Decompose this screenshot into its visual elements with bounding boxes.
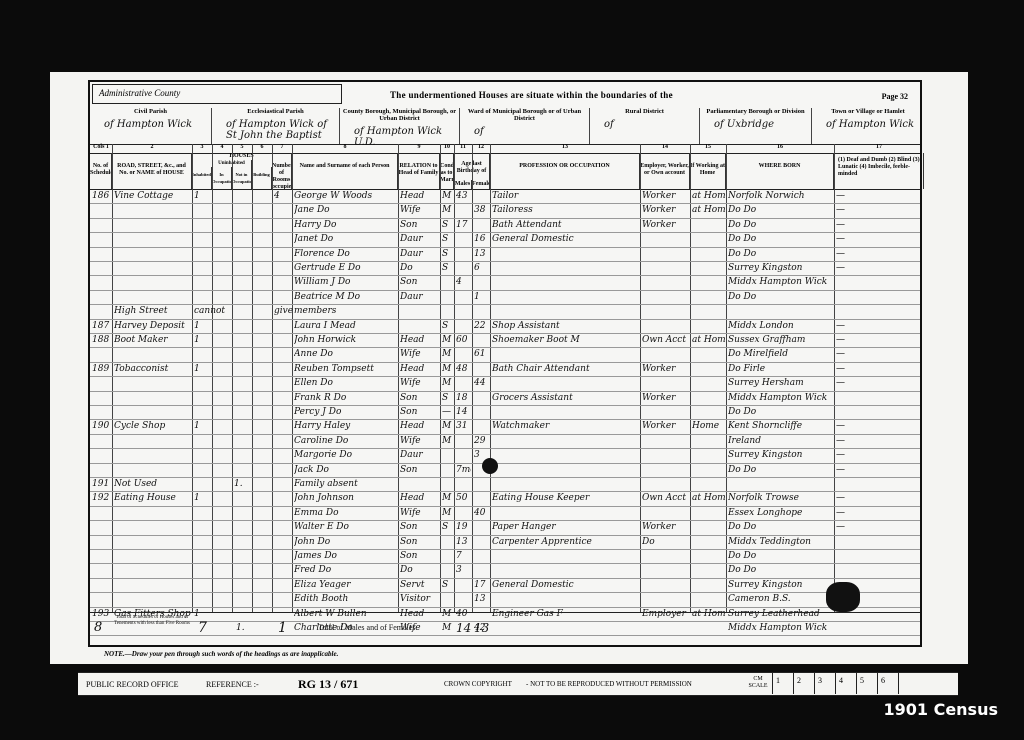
- column-number: 11: [454, 144, 472, 150]
- cell-inf: —: [836, 232, 923, 246]
- column-number: 5: [232, 144, 252, 150]
- cell-born: Surrey Kingston: [728, 261, 833, 275]
- cell-name: John Do: [294, 535, 397, 549]
- cell-cond: M: [442, 434, 453, 448]
- table-row: Percy J DoSon—14Do Do: [90, 405, 920, 420]
- cell-rel: Son: [400, 520, 439, 534]
- column-heading-cond: Condition as to Marriage: [440, 153, 454, 189]
- cell-home: at Home: [692, 203, 725, 217]
- cell-m: 13: [456, 535, 471, 549]
- table-row: 186Vine Cottage14George W WoodsHeadM43Ta…: [90, 189, 920, 204]
- cell-name: Percy J Do: [294, 405, 397, 419]
- cell-sched: 189: [92, 362, 111, 376]
- cell-occ: Tailor: [492, 189, 639, 203]
- total-schedules-mark: 8: [94, 621, 110, 635]
- cell-home: at Home: [692, 333, 725, 347]
- cell-inf: —: [836, 434, 923, 448]
- cell-born: Do Do: [728, 463, 833, 477]
- table-row: 189Tobacconist1Reuben TompsettHeadM48Bat…: [90, 362, 920, 377]
- cell-emp: Worker: [642, 391, 689, 405]
- cell-unocc: 1.: [234, 477, 251, 491]
- total-females: 13: [474, 621, 490, 635]
- cell-name: Harry Do: [294, 218, 397, 232]
- office-label: PUBLIC RECORD OFFICE: [86, 680, 178, 689]
- cell-rel: Do: [400, 563, 439, 577]
- cell-born: Norfolk Norwich: [728, 189, 833, 203]
- reference-number: RG 13 / 671: [298, 677, 358, 692]
- totals-row: 8Total of Schedules of Houses and of Ten…: [90, 612, 920, 645]
- cell-m: 7mo: [456, 463, 471, 477]
- table-row: 192Eating House1John JohnsonHeadM50Eatin…: [90, 491, 920, 506]
- cell-road: Harvey Deposit: [114, 319, 191, 333]
- cell-name: Margorie Do: [294, 448, 397, 462]
- cell-rel: Daur: [400, 290, 439, 304]
- cell-road: Cycle Shop: [114, 419, 191, 433]
- column-number: 17: [834, 144, 924, 150]
- table-row: Florence DoDaurS13Do Do—: [90, 247, 920, 262]
- district-value: of Hampton Wick: [812, 119, 924, 130]
- cell-name: Walter E Do: [294, 520, 397, 534]
- cell-cond: M: [442, 347, 453, 361]
- table-row: Jack DoSon7moDo Do—: [90, 463, 920, 478]
- cell-inf: —: [836, 448, 923, 462]
- cell-inh: 1: [194, 362, 211, 376]
- census-sheet: Administrative County The undermentioned…: [88, 80, 922, 647]
- cell-born: Do Do: [728, 203, 833, 217]
- cell-rel: Son: [400, 275, 439, 289]
- cell-cond: —: [442, 405, 453, 419]
- column-heading-f: Females: [472, 180, 490, 189]
- cell-f: 16: [474, 232, 489, 246]
- cell-cond: M: [442, 189, 453, 203]
- cell-name: Gertrude E Do: [294, 261, 397, 275]
- cell-home: Home: [692, 419, 725, 433]
- cell-rel: Son: [400, 535, 439, 549]
- cell-occ: Shoemaker Boot M: [492, 333, 639, 347]
- cell-rel: Wife: [400, 203, 439, 217]
- cell-inf: —: [836, 491, 923, 505]
- cell-f: 13: [474, 592, 489, 606]
- permission-label: - NOT TO BE REPRODUCED WITHOUT PERMISSIO…: [526, 680, 692, 688]
- cell-emp: Worker: [642, 362, 689, 376]
- cell-sched: 187: [92, 319, 111, 333]
- district-field: Ward of Municipal Borough or of Urban Di…: [460, 108, 590, 144]
- cell-name: Janet Do: [294, 232, 397, 246]
- cell-f: 6: [474, 261, 489, 275]
- total-schedules-label: Total of Schedules of Houses and of Tene…: [114, 615, 190, 627]
- cell-rel: Son: [400, 391, 439, 405]
- cell-rel: Do: [400, 261, 439, 275]
- cell-name: Anne Do: [294, 347, 397, 361]
- district-field: Parliamentary Borough or Divisionof Uxbr…: [700, 108, 812, 144]
- district-value: of Hampton Wick of St John the Baptist: [212, 119, 339, 141]
- cell-cond: S: [442, 247, 453, 261]
- cell-m: 4: [456, 275, 471, 289]
- cell-name: Beatrice M Do: [294, 290, 397, 304]
- admin-county-label: Administrative County: [99, 88, 180, 98]
- cell-name: Caroline Do: [294, 434, 397, 448]
- column-heading-home: If Working at Home: [690, 153, 726, 189]
- cell-rel: Wife: [400, 434, 439, 448]
- table-row: Edith BoothVisitor13Cameron B.S.: [90, 592, 920, 607]
- cell-m: 43: [456, 189, 471, 203]
- cell-rel: Son: [400, 405, 439, 419]
- cell-m: 31: [456, 419, 471, 433]
- column-heading-occ: PROFESSION OR OCCUPATION: [490, 153, 640, 189]
- cell-name: George W Woods: [294, 189, 397, 203]
- cell-inf: —: [836, 218, 923, 232]
- total-males: 14: [456, 621, 472, 635]
- table-row: 191Not Used1.Family absent: [90, 477, 920, 492]
- cell-m: 60: [456, 333, 471, 347]
- cell-inf: —: [836, 333, 923, 347]
- cell-name: Jack Do: [294, 463, 397, 477]
- cell-born: Do Do: [728, 520, 833, 534]
- cell-emp: Own Acct: [642, 333, 689, 347]
- district-value: of: [460, 126, 589, 137]
- district-value: of: [590, 119, 699, 130]
- table-row: 187Harvey Deposit1Laura I MeadS22Shop As…: [90, 319, 920, 334]
- cell-m: 7: [456, 549, 471, 563]
- cell-road: High Street: [114, 304, 191, 318]
- cell-cond: M: [442, 376, 453, 390]
- cell-cond: M: [442, 506, 453, 520]
- table-row: Frank R DoSonS18Grocers AssistantWorkerM…: [90, 391, 920, 406]
- cell-name: Edith Booth: [294, 592, 397, 606]
- note-text: NOTE.—Draw your pen through such words o…: [104, 650, 338, 658]
- scale-mark: 3: [814, 673, 835, 694]
- table-row: Janet DoDaurS16General DomesticDo Do—: [90, 232, 920, 247]
- cell-born: Middx London: [728, 319, 833, 333]
- column-heading-name: Name and Surname of each Person: [292, 153, 398, 189]
- column-number: 16: [726, 144, 834, 150]
- cell-born: Do Do: [728, 290, 833, 304]
- cell-born: Norfolk Trowse: [728, 491, 833, 505]
- cell-born: Do Mirelfield: [728, 347, 833, 361]
- table-row: William J DoSon4Middx Hampton Wick: [90, 275, 920, 290]
- cell-occ: Tailoress: [492, 203, 639, 217]
- cell-f: 22: [474, 319, 489, 333]
- cell-born: Do Do: [728, 405, 833, 419]
- cell-inf: —: [836, 203, 923, 217]
- cell-occ: Shop Assistant: [492, 319, 639, 333]
- cell-inf: —: [836, 520, 923, 534]
- cell-inf: —: [836, 463, 923, 477]
- cell-occ: Watchmaker: [492, 419, 639, 433]
- cell-inh: 1: [194, 189, 211, 203]
- column-heading-sched: No. of Schedule: [90, 153, 112, 189]
- cell-born: Middx Hampton Wick: [728, 275, 833, 289]
- cell-born: Sussex Graffham: [728, 333, 833, 347]
- cell-name: Family absent: [294, 477, 397, 491]
- cell-f: 13: [474, 247, 489, 261]
- cell-occ: General Domestic: [492, 232, 639, 246]
- cell-road: Boot Maker: [114, 333, 191, 347]
- cell-rel: Daur: [400, 247, 439, 261]
- cell-cond: S: [442, 578, 453, 592]
- cell-rel: Servt: [400, 578, 439, 592]
- cell-born: Ireland: [728, 434, 833, 448]
- cell-name: Fred Do: [294, 563, 397, 577]
- column-heading-inf: (1) Deaf and Dumb (2) Blind (3) Lunatic …: [834, 153, 924, 189]
- page-number: Page 32: [882, 92, 908, 101]
- table-row: Eliza YeagerServtS17General DomesticSurr…: [90, 578, 920, 593]
- column-heading-uocc: In Occupation: [212, 167, 232, 189]
- cell-name: Emma Do: [294, 506, 397, 520]
- scale-mark: 2: [793, 673, 814, 694]
- cell-road: Eating House: [114, 491, 191, 505]
- table-row: Beatrice M DoDaur1Do Do: [90, 290, 920, 305]
- cell-occ: Paper Hanger: [492, 520, 639, 534]
- cell-name: Harry Haley: [294, 419, 397, 433]
- scale-mark: 4: [835, 673, 856, 694]
- cell-rel: Wife: [400, 347, 439, 361]
- column-heading-born: WHERE BORN: [726, 153, 834, 189]
- admin-county-box: Administrative County: [92, 84, 342, 104]
- cell-name: Reuben Tompsett: [294, 362, 397, 376]
- cell-cond: S: [442, 261, 453, 275]
- cell-cond: S: [442, 232, 453, 246]
- cell-name: James Do: [294, 549, 397, 563]
- district-field: Rural Districtof: [590, 108, 700, 144]
- cell-rel: Wife: [400, 376, 439, 390]
- column-heading-road: ROAD, STREET, &c., and No. or NAME of HO…: [112, 153, 192, 189]
- sheet-header: Administrative County The undermentioned…: [90, 82, 920, 145]
- column-headings: No. of ScheduleROAD, STREET, &c., and No…: [90, 153, 920, 190]
- cell-emp: Do: [642, 535, 689, 549]
- cell-m: 17: [456, 218, 471, 232]
- cell-rel: Daur: [400, 232, 439, 246]
- cell-born: Middx Teddington: [728, 535, 833, 549]
- cell-m: 18: [456, 391, 471, 405]
- table-row: James DoSon7Do Do: [90, 549, 920, 564]
- table-row: Gertrude E DoDoS6Surrey Kingston—: [90, 261, 920, 276]
- scale-label: CM SCALE: [746, 676, 770, 690]
- cell-born: Do Do: [728, 247, 833, 261]
- table-row: Walter E DoSonS19Paper HangerWorkerDo Do…: [90, 520, 920, 535]
- cell-name: Jane Do: [294, 203, 397, 217]
- cell-emp: Worker: [642, 203, 689, 217]
- cell-inf: —: [836, 319, 923, 333]
- table-row: Jane DoWifeM38TailoressWorkerat HomeDo D…: [90, 203, 920, 218]
- cell-sched: 191: [92, 477, 111, 491]
- cell-emp: Worker: [642, 419, 689, 433]
- total-rooms: 1: [278, 621, 290, 635]
- column-number: Cols 1: [90, 144, 112, 150]
- cell-cond: S: [442, 391, 453, 405]
- district-field: County Borough, Municipal Borough, or Ur…: [340, 108, 460, 144]
- cell-name: Ellen Do: [294, 376, 397, 390]
- cell-inh: 1: [194, 419, 211, 433]
- cell-inf: —: [836, 376, 923, 390]
- cell-name: John Horwick: [294, 333, 397, 347]
- ink-blot: [482, 458, 498, 474]
- column-number: 9: [398, 144, 440, 150]
- cell-born: Surrey Hersham: [728, 376, 833, 390]
- cell-f: 1: [474, 290, 489, 304]
- column-number: 6: [252, 144, 272, 150]
- column-number: 15: [690, 144, 726, 150]
- cell-inf: —: [836, 247, 923, 261]
- cell-rel: Head: [400, 491, 439, 505]
- cell-inf: —: [836, 419, 923, 433]
- cell-name: Florence Do: [294, 247, 397, 261]
- cell-sched: 186: [92, 189, 111, 203]
- cell-cond: M: [442, 419, 453, 433]
- cell-rel: Wife: [400, 506, 439, 520]
- cell-f: 40: [474, 506, 489, 520]
- cell-inf: —: [836, 189, 923, 203]
- cell-road: Vine Cottage: [114, 189, 191, 203]
- cell-rel: Visitor: [400, 592, 439, 606]
- cell-m: 3: [456, 563, 471, 577]
- table-row: John DoSon13Carpenter ApprenticeDoMiddx …: [90, 535, 920, 550]
- cell-f: 29: [474, 434, 489, 448]
- column-heading-emp: Employer, Worker, or Own account: [640, 153, 690, 189]
- cell-rel: Daur: [400, 448, 439, 462]
- column-number: 12: [472, 144, 490, 150]
- column-number: 14: [640, 144, 690, 150]
- column-number: 2: [112, 144, 192, 150]
- cell-emp: Worker: [642, 189, 689, 203]
- cell-road: Not Used: [114, 477, 191, 491]
- column-heading-m: Males: [454, 180, 472, 189]
- cell-sched: 190: [92, 419, 111, 433]
- table-row: Margorie DoDaur3Surrey Kingston—: [90, 448, 920, 463]
- column-number: 7: [272, 144, 292, 150]
- cell-occ: General Domestic: [492, 578, 639, 592]
- cell-name: members: [294, 304, 397, 318]
- cell-emp: Worker: [642, 218, 689, 232]
- cell-born: Do Firle: [728, 362, 833, 376]
- scale-mark: 6: [877, 673, 898, 694]
- ink-blot: [826, 582, 860, 612]
- cell-occ: Bath Chair Attendant: [492, 362, 639, 376]
- district-field: Town or Village or Hamletof Hampton Wick: [812, 108, 924, 144]
- table-row: Fred DoDo3Do Do: [90, 563, 920, 578]
- cell-inf: —: [836, 261, 923, 275]
- cell-born: Surrey Kingston: [728, 578, 833, 592]
- cell-name: Frank R Do: [294, 391, 397, 405]
- scale-end: [898, 673, 919, 694]
- cell-m: 50: [456, 491, 471, 505]
- table-row: Ellen DoWifeM44Surrey Hersham—: [90, 376, 920, 391]
- cell-occ: Carpenter Apprentice: [492, 535, 639, 549]
- cell-sched: 188: [92, 333, 111, 347]
- district-field: Ecclesiastical Parishof Hampton Wick of …: [212, 108, 340, 144]
- cell-name: Laura I Mead: [294, 319, 397, 333]
- reference-label: REFERENCE :-: [206, 680, 259, 689]
- column-heading-unot: Not in Occupation: [232, 167, 252, 189]
- total-inhabited: 7: [198, 621, 210, 635]
- table-row: Caroline DoWifeM29Ireland—: [90, 434, 920, 449]
- cell-sched: 192: [92, 491, 111, 505]
- cell-born: Surrey Kingston: [728, 448, 833, 462]
- cell-rel: Son: [400, 463, 439, 477]
- cell-f: 38: [474, 203, 489, 217]
- cell-cond: M: [442, 491, 453, 505]
- cell-born: Do Do: [728, 549, 833, 563]
- column-heading-bld: Building: [252, 167, 272, 189]
- cell-rel: Head: [400, 419, 439, 433]
- cell-home: at Home: [692, 189, 725, 203]
- cell-occ: Grocers Assistant: [492, 391, 639, 405]
- cell-born: Middx Hampton Wick: [728, 391, 833, 405]
- cell-inh: 1: [194, 333, 211, 347]
- cell-rel: Head: [400, 333, 439, 347]
- table-row: 188Boot Maker1John HorwickHeadM60Shoemak…: [90, 333, 920, 348]
- column-heading-inh: Inhabited: [192, 167, 212, 189]
- cell-rel: Son: [400, 218, 439, 232]
- cell-born: Kent Shorncliffe: [728, 419, 833, 433]
- census-caption: 1901 Census: [883, 700, 998, 719]
- district-value: of Hampton Wick: [90, 119, 211, 130]
- cell-road: Tobacconist: [114, 362, 191, 376]
- table-row: High Streetcannotgivemembers: [90, 304, 920, 319]
- column-heading-rel: RELATION to Head of Family: [398, 153, 440, 189]
- cell-inh: 1: [194, 319, 211, 333]
- cell-occ: Eating House Keeper: [492, 491, 639, 505]
- cell-m: 48: [456, 362, 471, 376]
- total-uninhabited: 1.: [236, 621, 250, 635]
- copyright-label: CROWN COPYRIGHT: [444, 680, 512, 688]
- cell-cond: S: [442, 218, 453, 232]
- cell-born: Cameron B.S.: [728, 592, 833, 606]
- cell-occ: Bath Attendant: [492, 218, 639, 232]
- column-heading-houses: HOUSES: [192, 153, 292, 160]
- cell-inf: —: [836, 347, 923, 361]
- column-number: 4: [212, 144, 232, 150]
- cell-inf: —: [836, 362, 923, 376]
- cell-inf: —: [836, 506, 923, 520]
- column-number: 10: [440, 144, 454, 150]
- cell-home: at Home: [692, 491, 725, 505]
- table-row: Emma DoWifeM40Essex Longhope—: [90, 506, 920, 521]
- cell-m: 19: [456, 520, 471, 534]
- cell-rel: Head: [400, 189, 439, 203]
- cell-f: 61: [474, 347, 489, 361]
- reference-bar: PUBLIC RECORD OFFICE REFERENCE :- RG 13 …: [78, 672, 958, 696]
- cell-inh: 1: [194, 491, 211, 505]
- cell-cond: S: [442, 520, 453, 534]
- scale-mark: 1: [772, 673, 793, 694]
- table-row: Harry DoSonS17Bath AttendantWorkerDo Do—: [90, 218, 920, 233]
- cell-m: 14: [456, 405, 471, 419]
- table-row: 190Cycle Shop1Harry HaleyHeadM31Watchmak…: [90, 419, 920, 434]
- district-field: Civil Parishof Hampton Wick: [90, 108, 212, 144]
- cell-name: Eliza Yeager: [294, 578, 397, 592]
- cell-born: Do Do: [728, 218, 833, 232]
- cell-rel: Head: [400, 362, 439, 376]
- cell-emp: Own Acct: [642, 491, 689, 505]
- cell-rooms: 4: [274, 189, 291, 203]
- district-value: of Uxbridge: [700, 119, 811, 130]
- cell-cond: M: [442, 203, 453, 217]
- cell-born: Do Do: [728, 563, 833, 577]
- total-label: Total of Males and of Females: [318, 621, 448, 635]
- boundaries-text: The undermentioned Houses are situate wi…: [390, 90, 673, 100]
- column-number: 8: [292, 144, 398, 150]
- cell-emp: Worker: [642, 520, 689, 534]
- column-number: 13: [490, 144, 640, 150]
- cell-born: Do Do: [728, 232, 833, 246]
- cell-cond: S: [442, 319, 453, 333]
- cell-f: 44: [474, 376, 489, 390]
- cell-rel: Son: [400, 549, 439, 563]
- cell-born: Essex Longhope: [728, 506, 833, 520]
- cell-cond: M: [442, 333, 453, 347]
- cell-name: John Johnson: [294, 491, 397, 505]
